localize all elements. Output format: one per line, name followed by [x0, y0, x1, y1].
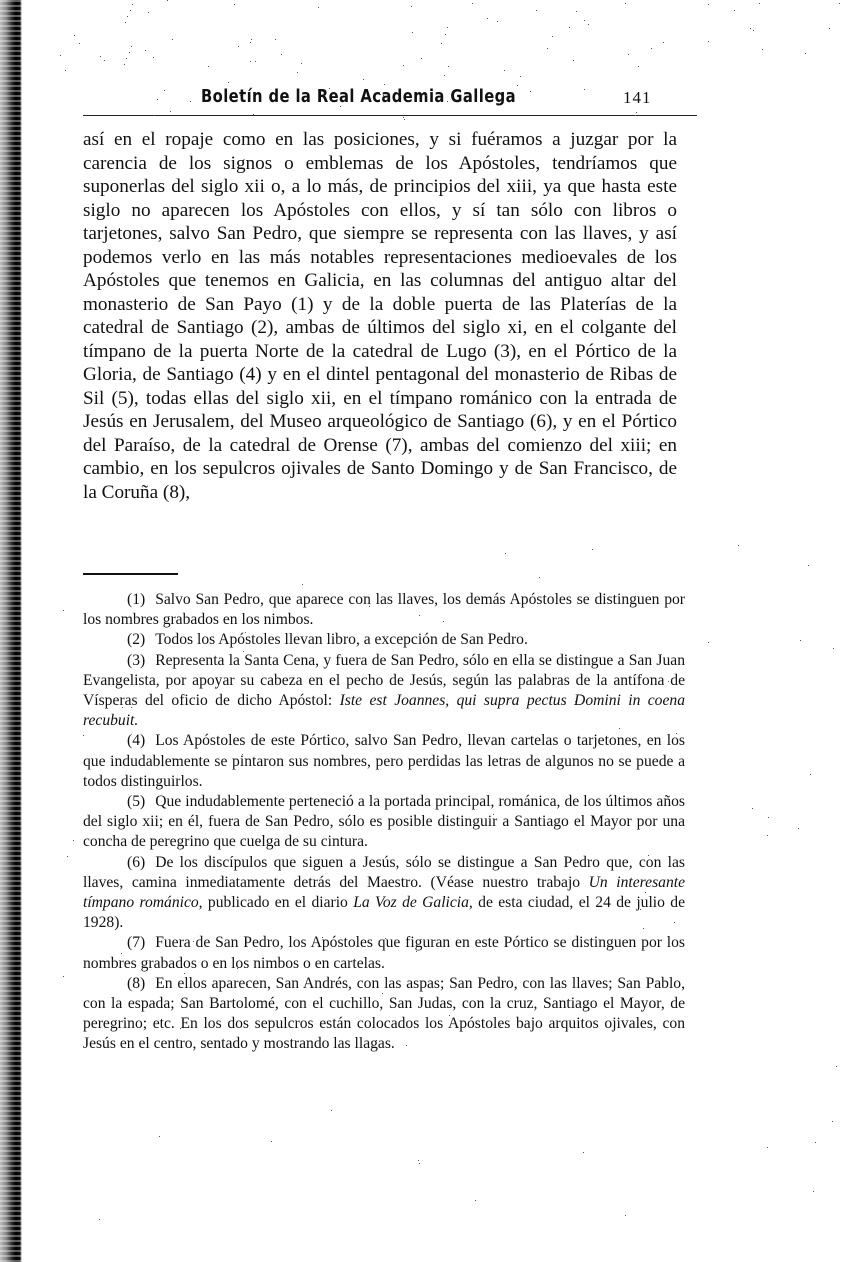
scan-noise — [829, 28, 830, 29]
scan-noise — [805, 53, 806, 54]
scan-noise — [340, 106, 341, 107]
scan-noise — [331, 1110, 332, 1111]
scan-noise — [122, 707, 123, 708]
scan-noise — [497, 21, 498, 22]
footnote-6: (6)De los discípulos que siguen a Jesús,… — [83, 853, 685, 934]
scan-noise — [99, 1219, 100, 1220]
footnote-8: (8)En ellos aparecen, San Andrés, con la… — [83, 974, 685, 1055]
header-rule — [83, 115, 697, 116]
scan-noise — [487, 18, 488, 19]
scan-noise — [172, 39, 173, 40]
scan-noise — [240, 95, 241, 96]
scan-noise — [815, 1142, 816, 1143]
scan-noise — [798, 828, 799, 829]
scan-noise — [131, 46, 132, 47]
scan-noise — [607, 599, 608, 600]
scan-noise — [83, 735, 84, 736]
page-number: 141 — [623, 88, 652, 108]
scan-noise — [648, 855, 649, 856]
scan-noise — [65, 70, 66, 71]
scan-noise — [384, 84, 385, 85]
scan-noise — [584, 89, 585, 90]
scan-noise — [411, 6, 412, 7]
scan-noise — [808, 565, 809, 566]
scan-noise — [403, 65, 404, 66]
scan-noise — [159, 1136, 160, 1137]
scan-noise — [547, 48, 548, 49]
scan-noise — [100, 56, 101, 57]
scan-noise — [170, 111, 171, 112]
scan-noise — [448, 66, 449, 67]
scan-noise — [237, 968, 238, 969]
scan-noise — [167, 0, 168, 1]
scan-noise — [145, 50, 146, 51]
scan-noise — [190, 101, 191, 102]
scan-noise — [539, 577, 540, 578]
scan-noise — [131, 707, 132, 708]
scan-noise — [275, 39, 276, 40]
scan-noise — [419, 615, 420, 616]
scan-noise — [576, 11, 577, 12]
scan-noise — [708, 642, 709, 643]
footnote-5: (5)Que indudablemente perteneció a la po… — [83, 792, 685, 853]
scan-noise — [643, 928, 644, 929]
scan-noise — [63, 610, 64, 611]
scan-noise — [208, 66, 209, 67]
scan-noise — [250, 42, 251, 43]
scan-noise — [628, 54, 629, 55]
scan-noise — [449, 1015, 450, 1016]
scan-noise — [418, 1160, 419, 1161]
scan-noise — [259, 842, 260, 843]
scan-noise — [762, 49, 763, 50]
scan-noise — [251, 39, 252, 40]
scan-noise — [124, 64, 125, 65]
footnotes: (1)Salvo San Pedro, que aparece con las … — [83, 590, 685, 1055]
footnote-4: (4)Los Apóstoles de este Pórtico, salvo … — [83, 731, 685, 792]
scan-noise — [768, 817, 769, 818]
scan-noise — [193, 941, 194, 942]
scan-noise — [403, 117, 404, 118]
scan-noise — [271, 1141, 272, 1142]
scan-noise — [530, 91, 531, 92]
scan-noise — [569, 27, 570, 28]
scan-noise — [500, 1025, 501, 1026]
scan-noise — [517, 85, 518, 86]
scan-noise — [552, 36, 553, 37]
scan-noise — [800, 640, 801, 641]
scan-noise — [444, 75, 445, 76]
scan-noise — [184, 973, 185, 974]
scan-noise — [426, 95, 427, 96]
scan-noise — [475, 1200, 476, 1201]
scan-noise — [447, 101, 448, 102]
scan-noise — [180, 1028, 181, 1029]
scan-noise — [575, 701, 576, 702]
scan-noise — [329, 88, 330, 89]
scan-noise — [734, 10, 735, 11]
body-text: así en el ropaje como en las posiciones,… — [83, 128, 677, 504]
scan-noise — [505, 553, 506, 554]
scan-noise — [363, 79, 364, 80]
scan-noise — [419, 1163, 420, 1164]
scan-noise — [245, 632, 246, 633]
scan-noise — [104, 60, 105, 61]
scan-noise — [676, 733, 677, 734]
scan-noise — [297, 72, 298, 73]
scan-noise — [73, 840, 74, 841]
scan-noise — [243, 651, 244, 652]
scan-noise — [636, 112, 637, 113]
footnote-3: (3)Representa la Santa Cena, y fuera de … — [83, 651, 685, 732]
scan-noise — [625, 3, 626, 4]
scan-noise — [385, 938, 386, 939]
scan-noise — [619, 728, 620, 729]
scan-noise — [651, 48, 652, 49]
scan-noise — [369, 606, 370, 607]
scan-noise — [839, 3, 840, 4]
scan-noise — [154, 1003, 155, 1004]
scan-noise — [281, 54, 282, 55]
scan-noise — [638, 66, 639, 67]
running-header: Boletín de la Real Academia Gallega 141 — [83, 84, 697, 114]
scan-noise — [148, 12, 149, 13]
scan-noise — [238, 46, 239, 47]
running-title: Boletín de la Real Academia Gallega — [201, 86, 516, 107]
scan-noise — [443, 621, 444, 622]
scan-noise — [752, 808, 753, 809]
scan-noise — [708, 41, 709, 42]
body-paragraph: así en el ropaje como en las posiciones,… — [83, 128, 677, 504]
scan-noise — [813, 1191, 814, 1192]
scan-noise — [836, 1066, 837, 1067]
scan-noise — [445, 34, 446, 35]
scan-noise — [759, 3, 760, 4]
scan-noise — [625, 1215, 626, 1216]
scan-noise — [645, 892, 646, 893]
footnote-7: (7)Fuera de San Pedro, los Apóstoles que… — [83, 933, 685, 973]
scan-noise — [753, 30, 754, 31]
scan-noise — [738, 545, 739, 546]
scan-noise — [588, 24, 589, 25]
scan-noise — [767, 835, 768, 836]
scan-noise — [832, 1121, 833, 1122]
scan-noise — [67, 856, 68, 857]
scan-noise — [640, 909, 641, 910]
scan-noise — [406, 1045, 407, 1046]
footnote-1: (1)Salvo San Pedro, que aparece con las … — [83, 590, 685, 630]
scan-noise — [592, 549, 593, 550]
scan-noise — [157, 99, 158, 100]
scan-noise — [708, 4, 709, 5]
scan-noise — [242, 754, 243, 755]
scan-noise — [250, 61, 251, 62]
scan-noise — [380, 94, 381, 95]
scan-noise — [234, 4, 235, 5]
scan-noise — [382, 98, 383, 99]
scan-noise — [247, 984, 248, 985]
scan-noise — [493, 814, 494, 815]
scan-noise — [302, 584, 303, 585]
scan-noise — [126, 58, 127, 59]
scan-noise — [132, 4, 133, 5]
scan-noise — [423, 94, 424, 95]
scan-noise — [421, 58, 422, 59]
scan-noise — [536, 10, 537, 11]
scan-noise — [441, 43, 442, 44]
scan-noise — [127, 16, 128, 17]
scan-noise — [63, 976, 64, 977]
scan-noise — [164, 90, 165, 91]
scan-noise — [668, 681, 669, 682]
scan-noise — [583, 1152, 584, 1153]
scan-noise — [635, 115, 636, 116]
scan-noise — [255, 61, 256, 62]
scan-noise — [74, 35, 75, 36]
scan-noise — [228, 82, 229, 83]
scan-noise — [383, 95, 384, 96]
scan-noise — [318, 7, 319, 8]
scan-noise — [447, 27, 448, 28]
scan-noise — [125, 22, 126, 23]
scan-noise — [767, 1147, 768, 1148]
scan-noise — [573, 60, 574, 61]
scan-noise — [810, 774, 811, 775]
scan-noise — [60, 55, 61, 56]
scan-noise — [129, 52, 130, 53]
scan-noise — [520, 76, 521, 77]
scan-noise — [412, 32, 413, 33]
scan-noise — [130, 10, 131, 11]
footnote-2: (2)Todos los Apóstoles llevan libro, a e… — [83, 630, 685, 650]
book-binding-edge — [0, 0, 22, 1262]
scan-noise — [663, 42, 664, 43]
scan-noise — [301, 63, 302, 64]
scan-noise — [154, 115, 155, 116]
scan-noise — [382, 993, 383, 994]
scan-noise — [322, 937, 323, 938]
scan-noise — [79, 43, 80, 44]
scan-noise — [472, 3, 473, 4]
scan-noise — [121, 953, 122, 954]
scan-noise — [416, 951, 417, 952]
footnote-separator — [83, 573, 178, 575]
scan-noise — [504, 70, 505, 71]
newspaper-title: La Voz de Galicia, — [353, 894, 473, 911]
scan-noise — [153, 57, 154, 58]
scan-noise — [404, 119, 405, 120]
scan-noise — [833, 648, 834, 649]
scan-noise — [253, 114, 254, 115]
scan-noise — [584, 20, 585, 21]
scan-noise — [674, 922, 675, 923]
scan-noise — [750, 28, 751, 29]
